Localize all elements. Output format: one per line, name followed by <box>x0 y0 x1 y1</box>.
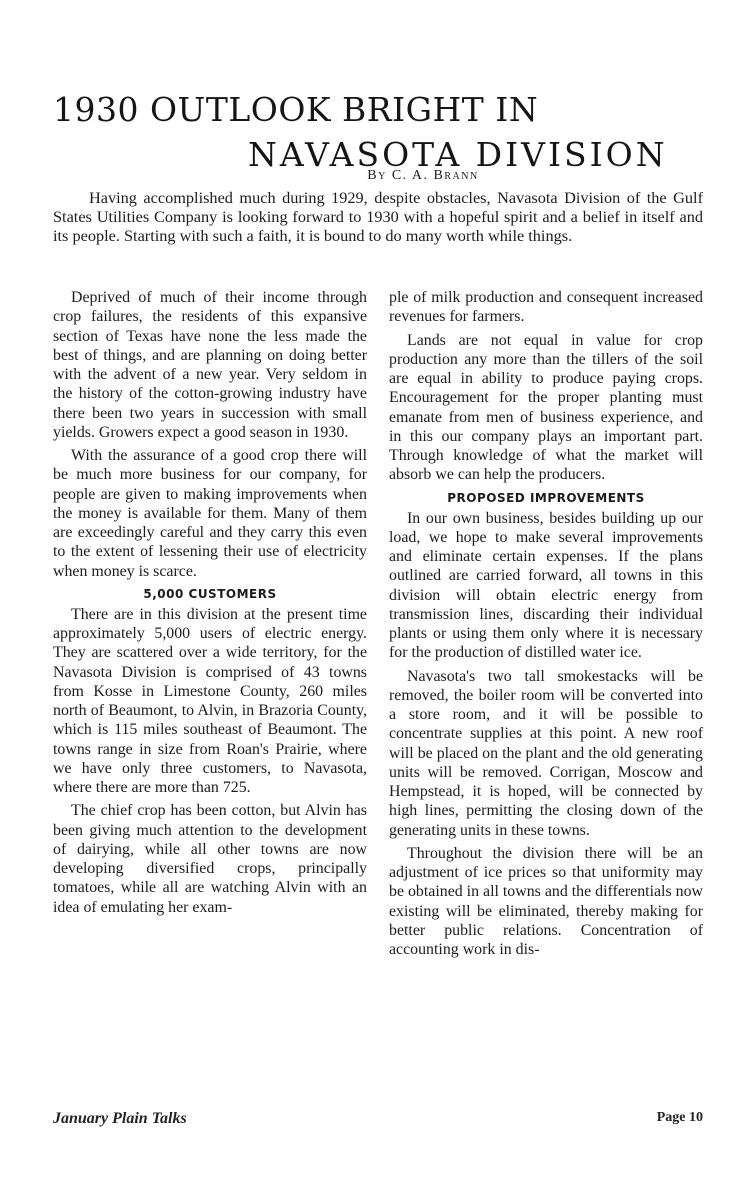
paragraph: The chief crop has been cotton, but Alvi… <box>53 801 367 917</box>
byline-prefix: By <box>277 168 387 183</box>
section-heading-improvements: PROPOSED IMPROVEMENTS <box>389 489 703 507</box>
paragraph: There are in this division at the presen… <box>53 605 367 798</box>
article-title-line-1: 1930 OUTLOOK BRIGHT IN <box>53 90 538 130</box>
paragraph: Deprived of much of their income through… <box>53 288 367 442</box>
byline-author: C. A. Brann <box>392 168 479 183</box>
paragraph: In our own business, besides building up… <box>389 509 703 663</box>
paragraph: Lands are not equal in value for crop pr… <box>389 331 703 485</box>
publication-name: January Plain Talks <box>53 1110 187 1128</box>
paragraph: Throughout the division there will be an… <box>389 844 703 960</box>
section-heading-customers: 5,000 CUSTOMERS <box>53 585 367 603</box>
left-column: Deprived of much of their income through… <box>53 288 367 921</box>
magazine-page: 1930 OUTLOOK BRIGHT IN NAVASOTA DIVISION… <box>0 0 756 1200</box>
paragraph-continued: ple of milk production and consequent in… <box>389 288 703 327</box>
paragraph: With the assurance of a good crop there … <box>53 446 367 581</box>
paragraph: Navasota's two tall smokestacks will be … <box>389 667 703 840</box>
article-intro: Having accomplished much during 1929, de… <box>53 188 703 246</box>
byline: By C. A. Brann <box>0 168 756 184</box>
page-number: Page 10 <box>657 1110 703 1126</box>
right-column: ple of milk production and consequent in… <box>389 288 703 963</box>
